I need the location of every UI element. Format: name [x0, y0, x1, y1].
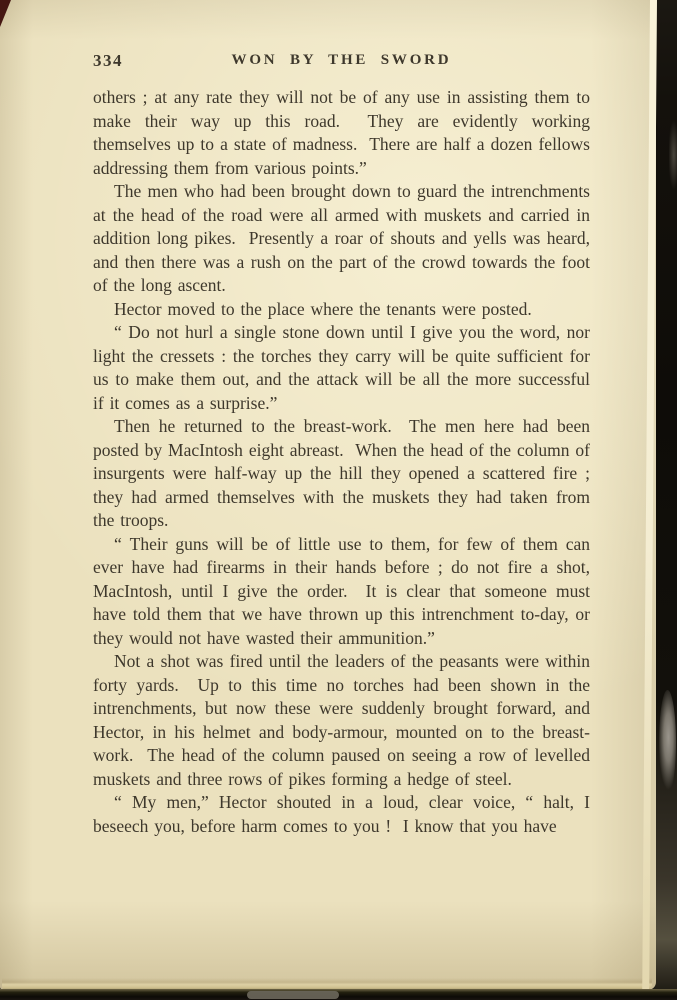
- book-edge-reflection: [247, 991, 339, 999]
- paragraph: “ My men,” Hector shouted in a loud, cle…: [93, 791, 590, 838]
- paragraph: Hector moved to the place where the tena…: [93, 298, 590, 322]
- page-text: others ; at any rate they will not be of…: [93, 86, 590, 838]
- photo-plate-glimpse-small: [669, 120, 677, 190]
- photo-plate-glimpse: [659, 690, 676, 795]
- paragraph: others ; at any rate they will not be of…: [93, 86, 590, 180]
- paragraph: Then he returned to the breast-work. The…: [93, 415, 590, 533]
- book-edge-bottom: [0, 989, 677, 1000]
- book-page-scan: 334 WON BY THE SWORD others ; at any rat…: [0, 0, 677, 1000]
- paragraph: Not a shot was fired until the leaders o…: [93, 650, 590, 791]
- page-header: 334 WON BY THE SWORD: [93, 51, 590, 71]
- running-title: WON BY THE SWORD: [93, 52, 590, 69]
- book-page: 334 WON BY THE SWORD others ; at any rat…: [0, 0, 656, 990]
- paragraph: “ Their guns will be of little use to th…: [93, 533, 590, 651]
- paragraph: The men who had been brought down to gua…: [93, 180, 590, 298]
- paragraph: “ Do not hurl a single stone down until …: [93, 321, 590, 415]
